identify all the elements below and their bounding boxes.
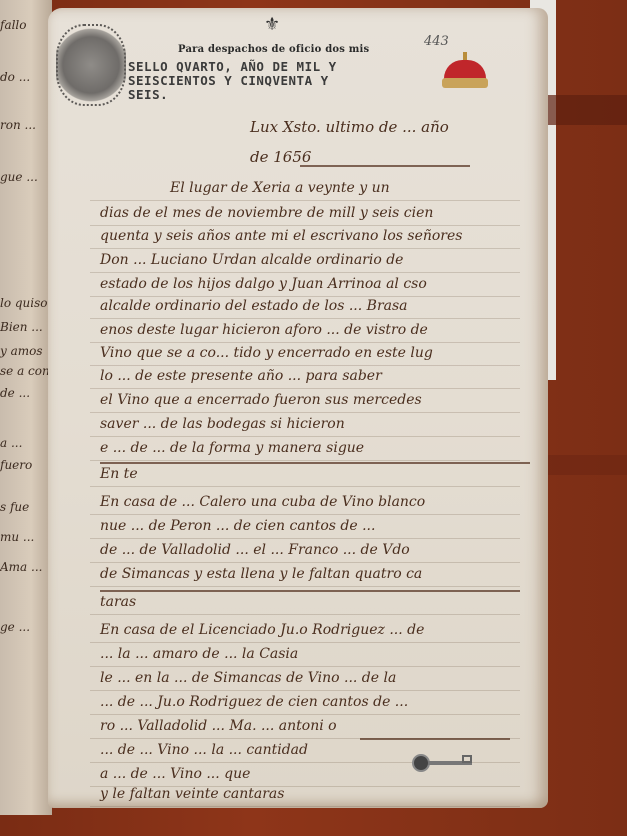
manuscript-line: y le faltan veinte cantaras <box>100 786 284 802</box>
manuscript-line: el Vino que a encerrado fueron sus merce… <box>100 392 422 408</box>
ruled-line <box>90 486 520 487</box>
ink-rule <box>100 462 530 464</box>
left-page-fragment: ron ... <box>0 118 36 132</box>
manuscript-line: e ... de ... de la forma y manera sigue <box>100 440 364 456</box>
left-page-fragment: Bien ... <box>0 320 43 334</box>
left-page-fragment: do ... <box>0 70 30 84</box>
manuscript-line: dias de el mes de noviembre de mill y se… <box>100 205 433 221</box>
ruled-line <box>90 642 520 643</box>
manuscript-line: estado de los hijos dalgo y Juan Arrinoa… <box>100 276 427 292</box>
manuscript-line: ... de ... Vino ... la ... cantidad <box>100 742 308 758</box>
ruled-line <box>90 318 520 319</box>
ruled-line <box>90 412 520 413</box>
manuscript-line: ... la ... amaro de ... la Casia <box>100 646 298 662</box>
crown-stamp-icon <box>440 52 490 90</box>
underline <box>300 165 470 167</box>
manuscript-line: saver ... de las bodegas si hicieron <box>100 416 345 432</box>
ruled-line <box>90 296 520 297</box>
manuscript-line: nue ... de Peron ... de cien cantos de .… <box>100 518 375 534</box>
left-page-fragment: s fue <box>0 500 29 514</box>
ruled-line <box>90 806 520 807</box>
manuscript-line: En casa de el Licenciado Ju.o Rodriguez … <box>100 622 424 638</box>
manuscript-line: Don ... Luciano Urdan alcalde ordinario … <box>100 252 403 268</box>
manuscript-line: quenta y seis años ante mi el escrivano … <box>100 228 462 244</box>
ruled-line <box>90 342 520 343</box>
ruled-line <box>90 666 520 667</box>
manuscript-line: enos deste lugar hicieron aforo ... de v… <box>100 322 428 338</box>
left-page-fragment: ge ... <box>0 620 30 634</box>
manuscript-line: lo ... de este presente año ... para sab… <box>100 368 382 384</box>
left-page-fragment: se a con <box>0 364 50 378</box>
ruled-line <box>90 714 520 715</box>
manuscript-line: le ... en la ... de Simancas de Vino ...… <box>100 670 396 686</box>
ruled-line <box>90 200 520 201</box>
manuscript-line: En te <box>100 466 138 482</box>
manuscript-line: Vino que se a co... tido y encerrado en … <box>100 345 433 361</box>
heading-line: de 1656 <box>250 148 311 166</box>
manuscript-line: taras <box>100 594 136 610</box>
ink-rule <box>360 738 510 740</box>
heading-line: Lux Xsto. ultimo de ... año <box>250 118 449 136</box>
ruled-line <box>90 272 520 273</box>
ruled-line <box>90 248 520 249</box>
ruled-line <box>90 538 520 539</box>
left-page-fragment: de ... <box>0 386 30 400</box>
manuscript-line: En casa de ... Calero una cuba de Vino b… <box>100 494 425 510</box>
stamp-title: SELLO QVARTO, AÑO DE MIL Y SEISCIENTOS Y… <box>128 60 428 102</box>
fleur-de-lis-icon: ⚜ <box>264 14 280 35</box>
manuscript-line: ... de ... Ju.o Rodriguez de cien cantos… <box>100 694 408 710</box>
manuscript-line: a ... de ... Vino ... que <box>100 766 250 782</box>
ruled-line <box>90 225 520 226</box>
ruled-line <box>90 436 520 437</box>
left-page-fragment: mu ... <box>0 530 34 544</box>
left-page-fragment: fallo <box>0 18 27 32</box>
left-page: fallo do ... ron ... gue ... lo quiso Bi… <box>0 0 52 815</box>
ruled-line <box>90 460 520 461</box>
ruled-line <box>90 614 520 615</box>
left-page-fragment: lo quiso <box>0 296 48 310</box>
left-page-fragment: Ama ... <box>0 560 42 574</box>
left-page-fragment: fuero <box>0 458 32 472</box>
manuscript-line: ro ... Valladolid ... Ma. ... antoni o <box>100 718 337 734</box>
ruled-line <box>90 365 520 366</box>
key-icon <box>412 752 476 774</box>
ruled-line <box>90 586 520 587</box>
ruled-line <box>90 388 520 389</box>
manuscript-line: alcalde ordinario del estado de los ... … <box>100 298 408 314</box>
ruled-line <box>90 514 520 515</box>
ruled-line <box>90 690 520 691</box>
ruled-line <box>90 562 520 563</box>
left-page-fragment: y amos <box>0 344 43 358</box>
left-page-fragment: gue ... <box>0 170 38 184</box>
folio-number: 443 <box>424 34 449 49</box>
stamp-subtitle: Para despachos de oficio dos mis <box>178 44 369 55</box>
royal-seal-icon <box>56 24 126 106</box>
left-page-fragment: a ... <box>0 436 22 450</box>
manuscript-line: de ... de Valladolid ... el ... Franco .… <box>100 542 410 558</box>
manuscript-line: El lugar de Xeria a veynte y un <box>170 180 390 196</box>
ink-rule <box>100 590 520 592</box>
manuscript-line: de Simancas y esta llena y le faltan qua… <box>100 566 422 582</box>
